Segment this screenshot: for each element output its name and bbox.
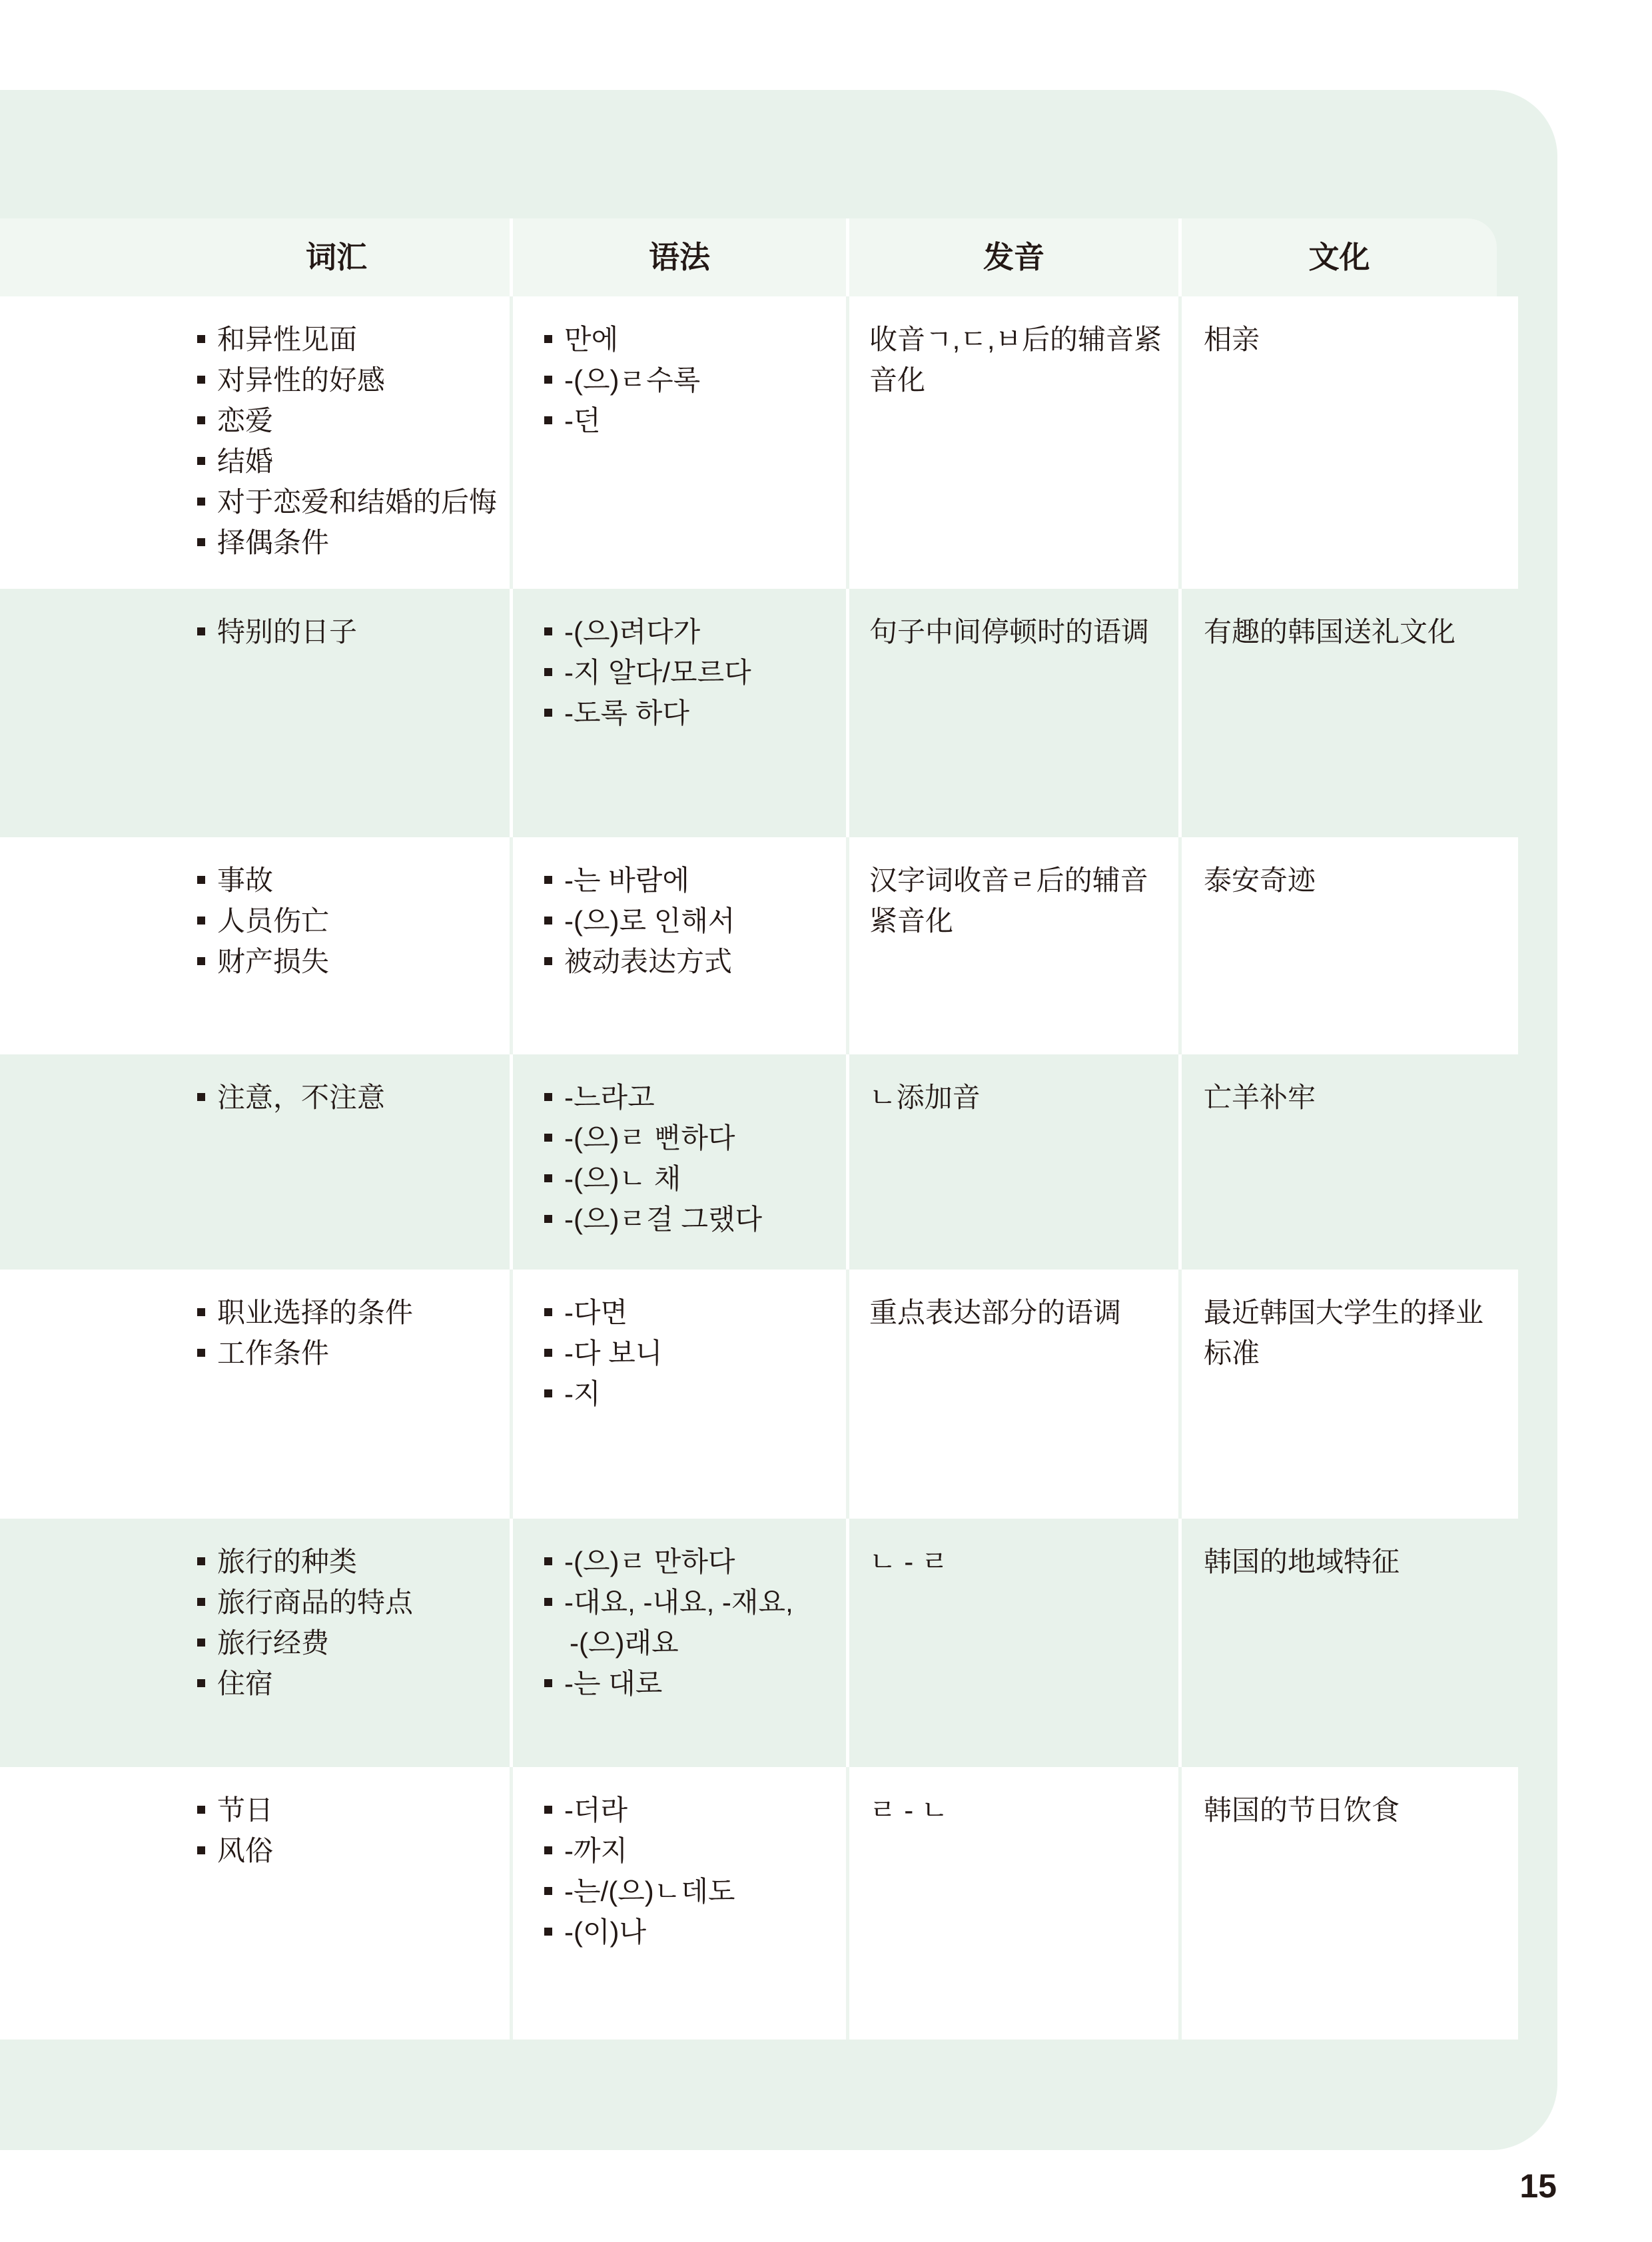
square-bullet-icon xyxy=(544,1308,552,1316)
cell-line: 旅行商品的特点 xyxy=(197,1582,510,1623)
square-bullet-icon xyxy=(544,876,552,884)
cell-line: -던 xyxy=(544,400,846,441)
table-cell: -(으)ㄹ 만하다-대요, -내요, -재요,-(으)래요-는 대로 xyxy=(513,1519,849,1767)
cell-line: 旅行的种类 xyxy=(197,1541,510,1582)
square-bullet-icon xyxy=(544,376,552,384)
table-cell: 亡羊补牢 xyxy=(1182,1054,1518,1270)
cell-line: -도록 하다 xyxy=(544,693,846,733)
cell-line: -는 바람에 xyxy=(544,860,846,901)
table-cell: 最近韩国大学生的择业标准 xyxy=(1182,1270,1518,1519)
table-header-culture: 文化 xyxy=(1182,218,1497,296)
table-cell: ㄴ - ㄹ xyxy=(849,1519,1182,1767)
square-bullet-icon xyxy=(197,376,205,384)
cell-line: 泰安奇迹 xyxy=(1204,860,1518,901)
table-cell: -(으)려다가-지 알다/모르다-도록 하다 xyxy=(513,589,849,837)
cell-text: 韩国的地域特征 xyxy=(1204,1546,1400,1577)
table-cell: 重点表达部分的语调 xyxy=(849,1270,1182,1519)
cell-line: 音化 xyxy=(869,360,1178,400)
cell-text: 工作条件 xyxy=(217,1337,329,1369)
square-bullet-icon xyxy=(544,1846,552,1854)
square-bullet-icon xyxy=(197,1846,205,1854)
square-bullet-icon xyxy=(197,416,205,424)
cell-text: -(으)로 인해서 xyxy=(564,905,735,936)
cell-text: 最近韩国大学生的择业 xyxy=(1204,1297,1483,1328)
cell-text: 重点表达部分的语调 xyxy=(869,1297,1121,1328)
square-bullet-icon xyxy=(197,1806,205,1814)
square-bullet-icon xyxy=(197,1598,205,1606)
cell-line: 亡羊补牢 xyxy=(1204,1077,1518,1118)
square-bullet-icon xyxy=(544,627,552,635)
square-bullet-icon xyxy=(544,1174,552,1182)
cell-line: ㄴ添加音 xyxy=(869,1077,1178,1118)
cell-line: -는/(으)ㄴ데도 xyxy=(544,1871,846,1912)
cell-text: -다 보니 xyxy=(564,1337,662,1369)
square-bullet-icon xyxy=(544,1557,552,1565)
square-bullet-icon xyxy=(197,876,205,884)
cell-text: -(으)ㄹ걸 그랬다 xyxy=(564,1204,762,1235)
cell-line: -느라고 xyxy=(544,1077,846,1118)
cell-text: 句子中间停顿时的语调 xyxy=(869,616,1149,647)
table-row: 旅行的种类旅行商品的特点旅行经费住宿-(으)ㄹ 만하다-대요, -내요, -재요… xyxy=(0,1519,1518,1767)
table-row: 职业选择的条件工作条件-다면-다 보니-지重点表达部分的语调最近韩国大学生的择业… xyxy=(0,1270,1518,1519)
cell-line: 人员伤亡 xyxy=(197,901,510,941)
cell-text: ㄴ添加音 xyxy=(869,1082,981,1113)
cell-text: -(으)ㄹ 뻔하다 xyxy=(564,1122,735,1154)
cell-text: -지 알다/모르다 xyxy=(564,657,751,688)
cell-line: -지 xyxy=(544,1373,846,1414)
cell-line: -더라 xyxy=(544,1790,846,1830)
cell-line: -(이)나 xyxy=(544,1912,846,1952)
cell-text: -는/(으)ㄴ데도 xyxy=(564,1876,735,1907)
cell-text: 汉字词收音ㄹ后的辅音 xyxy=(869,865,1148,896)
cell-line: 事故 xyxy=(197,860,510,901)
cell-text: 旅行商品的特点 xyxy=(217,1587,413,1618)
cell-text: 事故 xyxy=(217,865,273,896)
cell-line: -지 알다/모르다 xyxy=(544,652,846,693)
table-cell: 节日风俗 xyxy=(0,1767,513,2040)
table-cell: 相亲 xyxy=(1182,296,1518,589)
cell-text: -다면 xyxy=(564,1297,627,1328)
cell-line: ㄴ - ㄹ xyxy=(869,1541,1178,1582)
square-bullet-icon xyxy=(197,538,205,546)
cell-text: -(이)나 xyxy=(564,1916,646,1948)
table-cell: 特别的日子 xyxy=(0,589,513,837)
table-cell: -는 바람에-(으)로 인해서被动表达方式 xyxy=(513,837,849,1054)
table-row: 和异性见面对异性的好感恋爱结婚对于恋爱和结婚的后悔择偶条件만에-(으)ㄹ수록-던… xyxy=(0,296,1518,589)
cell-line: -는 대로 xyxy=(544,1663,846,1704)
cell-text: 收音ㄱ,ㄷ,ㅂ后的辅音紧 xyxy=(869,324,1162,355)
cell-text: 对异性的好感 xyxy=(217,364,385,396)
square-bullet-icon xyxy=(544,709,552,717)
square-bullet-icon xyxy=(197,1349,205,1357)
cell-text: -는 바람에 xyxy=(564,865,689,896)
cell-text: 音化 xyxy=(869,364,925,396)
square-bullet-icon xyxy=(197,627,205,635)
cell-text: -는 대로 xyxy=(564,1668,662,1699)
cell-line: 被动表达方式 xyxy=(544,941,846,982)
table-cell: 韩国的节日饮食 xyxy=(1182,1767,1518,2040)
cell-line: 对于恋爱和结婚的后悔 xyxy=(197,482,510,522)
cell-text: -대요, -내요, -재요, xyxy=(564,1587,793,1618)
cell-line: -대요, -내요, -재요, xyxy=(544,1582,846,1623)
cell-line: 旅行经费 xyxy=(197,1623,510,1663)
cell-line: -(으)ㄹ걸 그랬다 xyxy=(544,1199,846,1240)
cell-text: 职业选择的条件 xyxy=(217,1297,413,1328)
table-cell: ㄴ添加音 xyxy=(849,1054,1182,1270)
cell-text: -(으)ㄹ 만하다 xyxy=(564,1546,735,1577)
cell-text: -지 xyxy=(564,1378,601,1409)
cell-text: -더라 xyxy=(564,1794,627,1826)
cell-text: -던 xyxy=(564,405,601,436)
square-bullet-icon xyxy=(544,1928,552,1936)
cell-line: -까지 xyxy=(544,1830,846,1871)
cell-text: 人员伤亡 xyxy=(217,905,329,936)
cell-text: -도록 하다 xyxy=(564,697,689,729)
cell-text: 财产损失 xyxy=(217,946,329,977)
table-cell: 旅行的种类旅行商品的特点旅行经费住宿 xyxy=(0,1519,513,1767)
square-bullet-icon xyxy=(544,957,552,965)
cell-line: -다 보니 xyxy=(544,1333,846,1373)
square-bullet-icon xyxy=(197,917,205,925)
cell-line: 工作条件 xyxy=(197,1333,510,1373)
cell-line: -다면 xyxy=(544,1292,846,1333)
cell-text: 韩国的节日饮食 xyxy=(1204,1794,1400,1826)
cell-text: 对于恋爱和结婚的后悔 xyxy=(217,486,497,518)
cell-text: 만에 xyxy=(564,324,618,355)
cell-text: 恋爱 xyxy=(217,405,273,436)
cell-line: 重点表达部分的语调 xyxy=(869,1292,1178,1333)
cell-line: 对异性的好感 xyxy=(197,360,510,400)
square-bullet-icon xyxy=(197,1557,205,1565)
cell-text: ㄴ - ㄹ xyxy=(869,1546,948,1577)
table-cell: 句子中间停顿时的语调 xyxy=(849,589,1182,837)
cell-text: ㄹ - ㄴ xyxy=(869,1794,948,1826)
table-header-vocabulary: 词汇 xyxy=(0,218,513,296)
square-bullet-icon xyxy=(197,1679,205,1687)
square-bullet-icon xyxy=(197,457,205,465)
cell-line: 择偶条件 xyxy=(197,522,510,563)
cell-line: 结婚 xyxy=(197,441,510,482)
cell-line: 紧音化 xyxy=(869,901,1178,941)
table-header-row: 词汇 语法 发音 文化 xyxy=(0,218,1497,296)
cell-text: -(으)ㄹ수록 xyxy=(564,364,700,396)
cell-text: 和异性见面 xyxy=(217,324,357,355)
cell-text: 被动表达方式 xyxy=(564,946,732,977)
square-bullet-icon xyxy=(544,1349,552,1357)
cell-line: 만에 xyxy=(544,319,846,360)
cell-line: -(으)ㄹ 뻔하다 xyxy=(544,1118,846,1158)
table-cell: 韩国的地域特征 xyxy=(1182,1519,1518,1767)
cell-line: 特别的日子 xyxy=(197,611,510,652)
cell-line: -(으)ㄹ수록 xyxy=(544,360,846,400)
table-cell: -느라고-(으)ㄹ 뻔하다-(으)ㄴ 채-(으)ㄹ걸 그랬다 xyxy=(513,1054,849,1270)
table-cell: 事故人员伤亡财产损失 xyxy=(0,837,513,1054)
cell-text: -까지 xyxy=(564,1835,627,1866)
cell-line: 韩国的地域特征 xyxy=(1204,1541,1518,1582)
page-number: 15 xyxy=(1519,2166,1557,2206)
square-bullet-icon xyxy=(197,957,205,965)
cell-line: -(으)ㄴ 채 xyxy=(544,1158,846,1199)
cell-line: 节日 xyxy=(197,1790,510,1830)
cell-line: 财产损失 xyxy=(197,941,510,982)
cell-text: 节日 xyxy=(217,1794,273,1826)
cell-text: 特别的日子 xyxy=(217,616,357,647)
square-bullet-icon xyxy=(544,1215,552,1223)
table-cell: 收音ㄱ,ㄷ,ㅂ后的辅音紧音化 xyxy=(849,296,1182,589)
cell-text: -(으)ㄴ 채 xyxy=(564,1163,681,1194)
table-cell: -다면-다 보니-지 xyxy=(513,1270,849,1519)
square-bullet-icon xyxy=(544,1679,552,1687)
table-row: 节日风俗-더라-까지-는/(으)ㄴ데도-(이)나ㄹ - ㄴ韩国的节日饮食 xyxy=(0,1767,1518,2040)
cell-text: -(으)래요 xyxy=(570,1627,679,1659)
cell-text: 相亲 xyxy=(1204,324,1260,355)
table-cell: 汉字词收音ㄹ后的辅音紧音化 xyxy=(849,837,1182,1054)
square-bullet-icon xyxy=(197,498,205,506)
square-bullet-icon xyxy=(197,1639,205,1647)
square-bullet-icon xyxy=(544,1134,552,1142)
square-bullet-icon xyxy=(544,1598,552,1606)
cell-text: 择偶条件 xyxy=(217,527,329,558)
cell-text: 紧音化 xyxy=(869,905,953,936)
square-bullet-icon xyxy=(544,1806,552,1814)
cell-text: 结婚 xyxy=(217,446,273,477)
cell-line: 风俗 xyxy=(197,1830,510,1871)
table-cell: 泰安奇迹 xyxy=(1182,837,1518,1054)
cell-line: 标准 xyxy=(1204,1333,1518,1373)
square-bullet-icon xyxy=(544,1389,552,1397)
cell-line: 韩国的节日饮食 xyxy=(1204,1790,1518,1830)
cell-text: 旅行的种类 xyxy=(217,1546,357,1577)
square-bullet-icon xyxy=(544,1887,552,1895)
cell-line: 恋爱 xyxy=(197,400,510,441)
cell-line: ㄹ - ㄴ xyxy=(869,1790,1178,1830)
table-row: 注意，不注意-느라고-(으)ㄹ 뻔하다-(으)ㄴ 채-(으)ㄹ걸 그랬다ㄴ添加音… xyxy=(0,1054,1518,1270)
cell-line: 句子中间停顿时的语调 xyxy=(869,611,1178,652)
table-cell: -더라-까지-는/(으)ㄴ데도-(이)나 xyxy=(513,1767,849,2040)
table-cell: 和异性见面对异性的好感恋爱结婚对于恋爱和结婚的后悔择偶条件 xyxy=(0,296,513,589)
cell-line: 住宿 xyxy=(197,1663,510,1704)
cell-text: 泰安奇迹 xyxy=(1204,865,1316,896)
cell-text: 注意，不注意 xyxy=(217,1082,385,1113)
table-cell: 만에-(으)ㄹ수록-던 xyxy=(513,296,849,589)
table-cell: 注意，不注意 xyxy=(0,1054,513,1270)
cell-text: -느라고 xyxy=(564,1082,655,1113)
cell-line: -(으)로 인해서 xyxy=(544,901,846,941)
table-cell: 职业选择的条件工作条件 xyxy=(0,1270,513,1519)
cell-text: 标准 xyxy=(1204,1337,1260,1369)
table-row: 特别的日子-(으)려다가-지 알다/모르다-도록 하다句子中间停顿时的语调有趣的… xyxy=(0,589,1518,837)
square-bullet-icon xyxy=(544,416,552,424)
square-bullet-icon xyxy=(544,668,552,676)
square-bullet-icon xyxy=(544,917,552,925)
table-row: 事故人员伤亡财产损失-는 바람에-(으)로 인해서被动表达方式汉字词收音ㄹ后的辅… xyxy=(0,837,1518,1054)
cell-text: 旅行经费 xyxy=(217,1627,329,1659)
square-bullet-icon xyxy=(197,1093,205,1101)
cell-line: 注意，不注意 xyxy=(197,1077,510,1118)
cell-text: 风俗 xyxy=(217,1835,273,1866)
cell-line: 最近韩国大学生的择业 xyxy=(1204,1292,1518,1333)
cell-line: 职业选择的条件 xyxy=(197,1292,510,1333)
cell-line: -(으)래요 xyxy=(544,1623,846,1663)
cell-text: 住宿 xyxy=(217,1668,273,1699)
square-bullet-icon xyxy=(544,335,552,343)
cell-text: 有趣的韩国送礼文化 xyxy=(1204,616,1455,647)
cell-line: -(으)ㄹ 만하다 xyxy=(544,1541,846,1582)
cell-text: 亡羊补牢 xyxy=(1204,1082,1316,1113)
cell-text: -(으)려다가 xyxy=(564,616,700,647)
cell-line: 收音ㄱ,ㄷ,ㅂ后的辅音紧 xyxy=(869,319,1178,360)
cell-line: 汉字词收音ㄹ后的辅音 xyxy=(869,860,1178,901)
table-header-pronunciation: 发音 xyxy=(849,218,1182,296)
square-bullet-icon xyxy=(544,1093,552,1101)
cell-line: 有趣的韩国送礼文化 xyxy=(1204,611,1518,652)
table-cell: 有趣的韩国送礼文化 xyxy=(1182,589,1518,837)
cell-line: 和异性见面 xyxy=(197,319,510,360)
square-bullet-icon xyxy=(197,335,205,343)
table-cell: ㄹ - ㄴ xyxy=(849,1767,1182,2040)
cell-line: 相亲 xyxy=(1204,319,1518,360)
square-bullet-icon xyxy=(197,1308,205,1316)
table-header-grammar: 语法 xyxy=(513,218,849,296)
cell-line: -(으)려다가 xyxy=(544,611,846,652)
